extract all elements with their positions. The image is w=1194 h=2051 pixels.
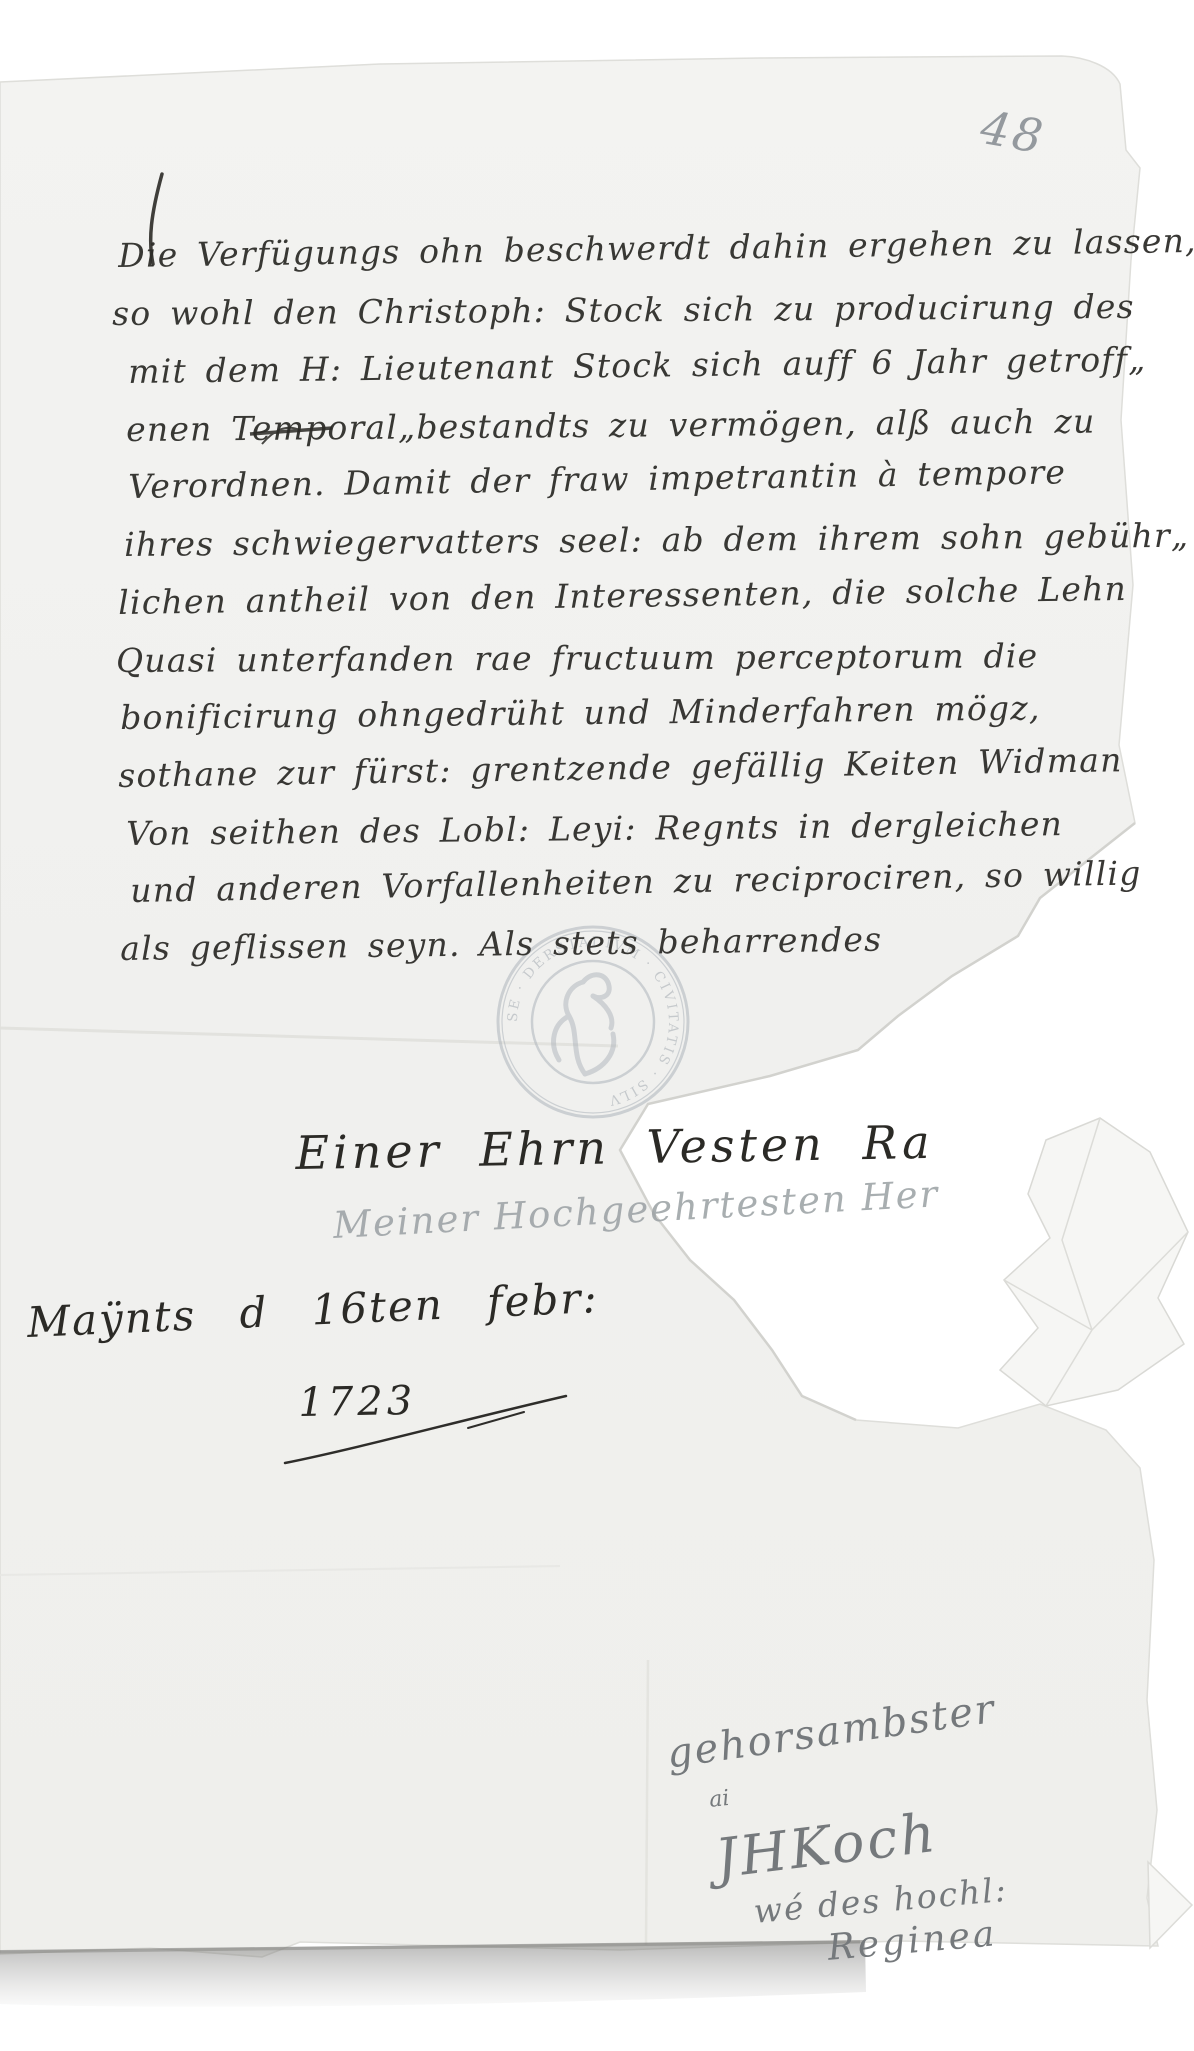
folio-number: 48 bbox=[977, 100, 1050, 164]
manuscript-line: Quasi unterfanden rae fructuum perceptor… bbox=[116, 636, 1038, 680]
dateline-year: 1723 bbox=[298, 1378, 417, 1426]
closing-line: Einer Ehrn Vesten Ra bbox=[295, 1115, 934, 1180]
manuscript-line: so wohl den Christoph: Stock sich zu pro… bbox=[112, 287, 1135, 333]
signature-mark: ai bbox=[708, 1786, 731, 1813]
manuscript-scan: SE · DERSTADIVM · CIVITATIS · SILV 48 Di… bbox=[0, 0, 1194, 2051]
corner-fold-flap bbox=[1148, 1862, 1192, 1948]
crumpled-paper-fold bbox=[1000, 1118, 1188, 1406]
